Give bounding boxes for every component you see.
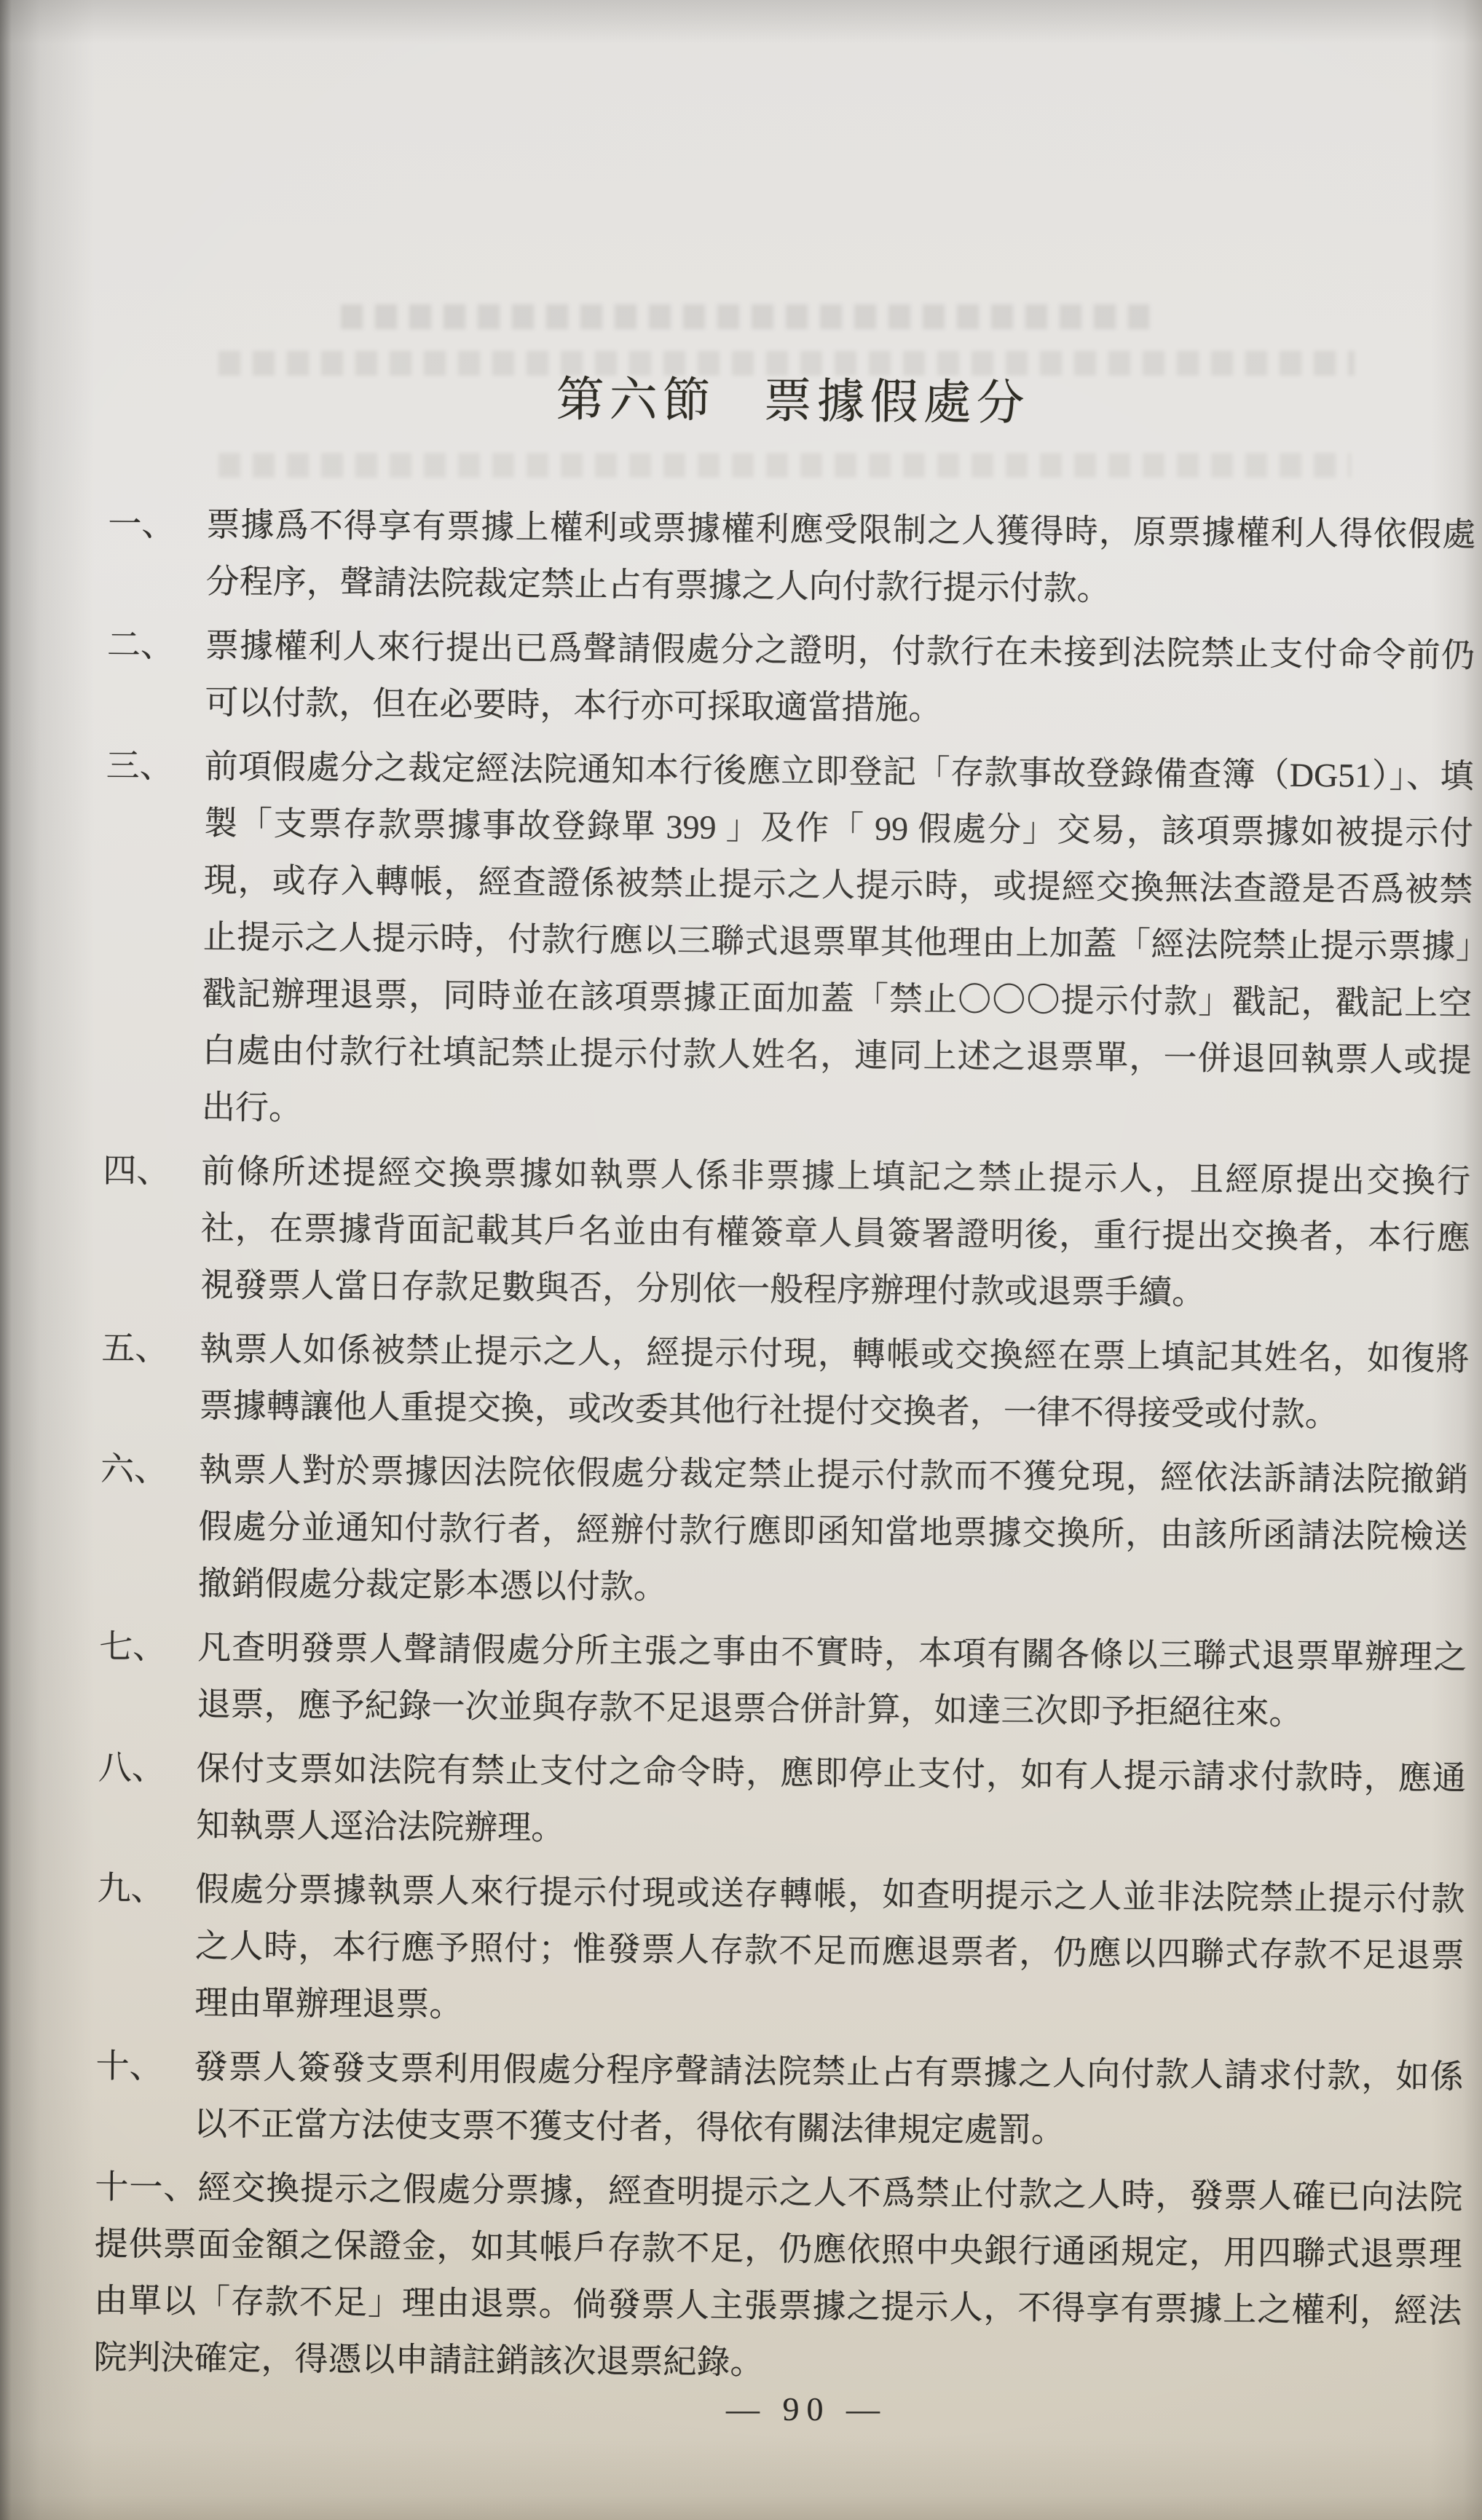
item-text: 保付支票如法院有禁止支付之命令時，應即停止支付，如有人提示請求付款時，應通知執票… [196,1740,1466,1864]
list-item: 三、 前項假處分之裁定經法院通知本行後應立即登記「存款事故登錄備查簿（DG51）… [103,738,1474,1146]
list-item: 九、 假處分票據執票人來行提示付現或送存轉帳，如查明提示之人並非法院禁止提示付款… [96,1860,1465,2042]
clause-list: 一、 票據爲不得享有票據上權利或票據權利應受限制之人獲得時，原票據權利人得依假處… [93,496,1475,2397]
item-number: 九、 [96,1860,196,2031]
item-number: 十一、 [95,2168,197,2206]
item-text: 經交換提示之假處分票據，經查明提示之人不爲禁止付款之人時，發票人確已向法院提供票… [93,2169,1462,2381]
item-text: 票據權利人來行提出已爲聲請假處分之證明，付款行在未接到法院禁止支付命令前仍可以付… [205,617,1475,741]
list-item: 十一、經交換提示之假處分票據，經查明提示之人不爲禁止付款之人時，發票人確已向法院… [93,2159,1462,2397]
section-title: 第六節票據假處分 [109,368,1477,437]
item-number: 八、 [98,1739,197,1854]
item-number: 四、 [102,1142,202,1314]
list-item: 一、 票據爲不得享有票據上權利或票據權利應受限制之人獲得時，原票據權利人得依假處… [107,496,1475,620]
item-text: 票據爲不得享有票據上權利或票據權利應受限制之人獲得時，原票據權利人得依假處分程序… [205,497,1475,620]
item-text: 前項假處分之裁定經法院通知本行後應立即登記「存款事故登錄備查簿（DG51）」、填… [202,738,1474,1146]
item-number: 一、 [107,496,206,610]
item-text: 假處分票據執票人來行提示付現或送存轉帳，如查明提示之人並非法院禁止提示付款之人時… [194,1861,1465,2042]
bleedthrough-text [341,304,1149,329]
list-item: 五、 執票人如係被禁止提示之人，經提示付現，轉帳或交換經在票上填記其姓名，如復將… [101,1320,1470,1445]
list-item: 十、 發票人簽發支票利用假處分程序聲請法院禁止占有票據之人向付款人請求付款，如係… [95,2038,1464,2162]
item-text: 凡查明發票人聲請假處分所主張之事由不實時，本項有關各條以三聯式退票單辦理之退票，… [197,1619,1467,1743]
item-number: 二、 [106,617,205,731]
item-number: 六、 [100,1441,200,1612]
section-name: 票據假處分 [763,375,1030,430]
list-item: 四、 前條所述提經交換票據如執票人係非票據上填記之禁止提示人，且經原提出交換行社… [102,1142,1471,1324]
scanned-page: 第六節票據假處分 一、 票據爲不得享有票據上權利或票據權利應受限制之人獲得時，原… [0,0,1482,2520]
item-text: 發票人簽發支票利用假處分程序聲請法院禁止占有票據之人向付款人請求付款，如係以不正… [194,2039,1464,2162]
section-number: 第六節 [556,374,716,428]
item-number: 七、 [98,1619,197,1733]
list-item: 六、 執票人對於票據因法院依假處分裁定禁止提示付款而不獲兌現，經依法訴請法院撤銷… [100,1441,1469,1622]
item-number: 五、 [101,1320,200,1434]
item-text: 前條所述提經交換票據如執票人係非票據上填記之禁止提示人，且經原提出交換行社，在票… [200,1143,1471,1324]
item-number: 十、 [95,2038,194,2152]
page-number: — 90 — [66,2390,1482,2428]
list-item: 二、 票據權利人來行提出已爲聲請假處分之證明，付款行在未接到法院禁止支付命令前仍… [106,617,1475,741]
list-item: 八、 保付支票如法院有禁止支付之命令時，應即停止支付，如有人提示請求付款時，應通… [98,1739,1466,1864]
item-text: 執票人對於票據因法院依假處分裁定禁止提示付款而不獲兌現，經依法訴請法院撤銷假處分… [198,1442,1469,1622]
page-content: 第六節票據假處分 一、 票據爲不得享有票據上權利或票據權利應受限制之人獲得時，原… [93,368,1477,2404]
item-text: 執票人如係被禁止提示之人，經提示付現，轉帳或交換經在票上填記其姓名，如復將票據轉… [199,1321,1469,1445]
item-number: 三、 [103,738,205,1136]
list-item: 七、 凡查明發票人聲請假處分所主張之事由不實時，本項有關各條以三聯式退票單辦理之… [98,1619,1467,1743]
